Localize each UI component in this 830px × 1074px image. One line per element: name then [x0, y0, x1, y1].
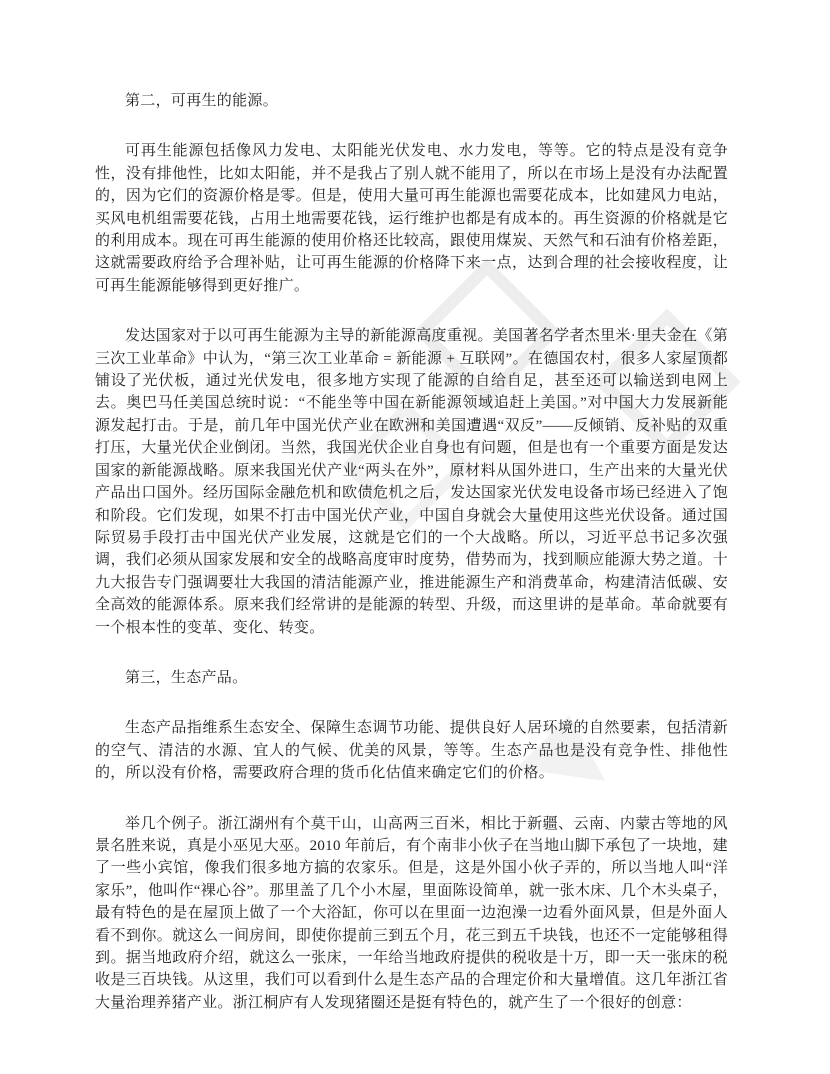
- paragraph-renewable-energy-overview: 可再生能源包括像风力发电、太阳能光伏发电、水力发电，等等。它的特点是没有竞争性，…: [95, 140, 728, 297]
- paragraph-moganshan-example: 举几个例子。浙江湖州有个莫干山，山高两三百米，相比于新疆、云南、内蒙古等地的风景…: [95, 813, 728, 1015]
- paragraph-ecological-products-definition: 生态产品指维系生态安全、保障生态调节功能、提供良好人居环境的自然要素，包括清新的…: [95, 717, 728, 784]
- section-heading-renewable-energy: 第二，可再生的能源。: [95, 90, 728, 112]
- section-heading-ecological-products: 第三，生态产品。: [95, 667, 728, 689]
- document-content: 第二，可再生的能源。 可再生能源包括像风力发电、太阳能光伏发电、水力发电，等等。…: [95, 90, 728, 1042]
- paragraph-developed-countries-new-energy: 发达国家对于以可再生能源为主导的新能源高度重视。美国著名学者杰里米·里夫金在《第…: [95, 325, 728, 639]
- document-page: 第二，可再生的能源。 可再生能源包括像风力发电、太阳能光伏发电、水力发电，等等。…: [0, 0, 830, 1074]
